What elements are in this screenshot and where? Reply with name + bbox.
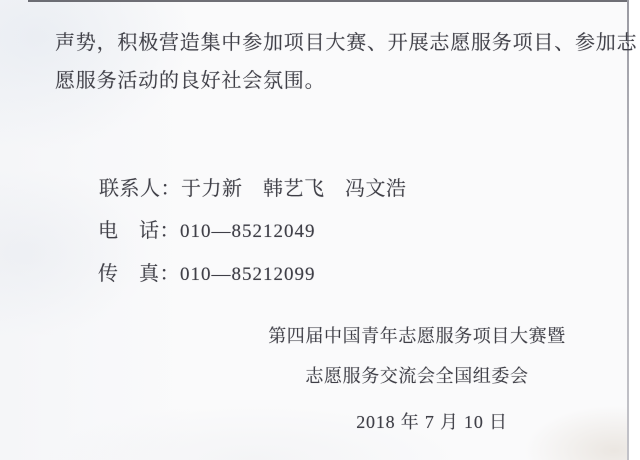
contact-person-names: 于力新 韩艺飞 冯文浩	[181, 178, 407, 200]
phone-number: 010—85212049	[180, 221, 316, 242]
fax-label: 传 真：	[98, 263, 180, 285]
body-text-line-2: 愿服务活动的良好社会氛围。	[55, 71, 325, 91]
organization-signature-line-1: 第四届中国青年志愿服务项目大赛暨	[217, 327, 617, 345]
body-text-line-1: 声势，积极营造集中参加项目大赛、开展志愿服务项目、参加志	[55, 33, 637, 53]
scan-top-edge-line	[28, 0, 630, 2]
scan-right-margin	[629, 0, 640, 460]
scan-right-edge-line	[627, 0, 629, 460]
phone-label: 电 话：	[98, 220, 180, 242]
date-line: 2018 年 7 月 10 日	[232, 413, 632, 431]
fax-number: 010—85212099	[180, 264, 316, 285]
contact-person-label: 联系人：	[99, 178, 181, 200]
fax-line: 传 真：010—85212099	[76, 244, 316, 304]
organization-signature-line-2: 志愿服务交流会全国组委会	[217, 367, 617, 385]
scanned-document-page: 声势，积极营造集中参加项目大赛、开展志愿服务项目、参加志 愿服务活动的良好社会氛…	[0, 0, 640, 460]
